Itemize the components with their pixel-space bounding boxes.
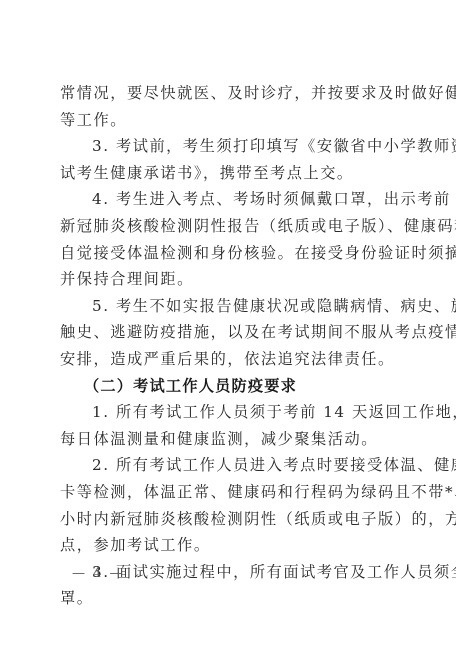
paragraph-continuation: 常情况，要尽快就医、及时诊疗，并按要求及时做好健康码转码 等工作。	[60, 80, 398, 133]
text-line: 触史、逃避防疫措施，以及在考试期间不服从考点疫情防控工作	[60, 319, 398, 346]
paragraph-item-5: 5. 考生不如实报告健康状况或隐瞒病情、病史、旅行史、接 触史、逃避防疫措施，以…	[60, 293, 398, 373]
text-line: 等工作。	[60, 107, 398, 134]
section-heading: （二）考试工作人员防疫要求	[60, 373, 398, 400]
text-line: 新冠肺炎核酸检测阴性报告（纸质或电子版）、健康码和行程码，	[60, 213, 398, 240]
paragraph-staff-item-1: 1. 所有考试工作人员须于考前 14 天返回工作地，坚持做好 每日体温测量和健康…	[60, 399, 398, 452]
text-line: 点，参加考试工作。	[60, 532, 398, 559]
paragraph-staff-item-2: 2. 所有考试工作人员进入考点时要接受体温、健康码、行程 卡等检测，体温正常、健…	[60, 452, 398, 558]
text-line: 并保持合理间距。	[60, 266, 398, 293]
text-line: 4. 考生进入考点、考场时须佩戴口罩，出示考前 48 小时内	[60, 186, 398, 213]
section-heading-text: （二）考试工作人员防疫要求	[60, 373, 398, 400]
text-line: 常情况，要尽快就医、及时诊疗，并按要求及时做好健康码转码	[60, 80, 398, 107]
text-line: 1. 所有考试工作人员须于考前 14 天返回工作地，坚持做好	[60, 399, 398, 426]
text-line: 试考生健康承诺书》，携带至考点上交。	[60, 160, 398, 187]
page-number: — 4 —	[72, 566, 125, 581]
text-line: 2. 所有考试工作人员进入考点时要接受体温、健康码、行程	[60, 452, 398, 479]
document-page: 常情况，要尽快就医、及时诊疗，并按要求及时做好健康码转码 等工作。 3. 考试前…	[0, 0, 456, 645]
text-line: 卡等检测，体温正常、健康码和行程码为绿码且不带*、考前 48	[60, 479, 398, 506]
document-body: 常情况，要尽快就医、及时诊疗，并按要求及时做好健康码转码 等工作。 3. 考试前…	[60, 80, 398, 612]
text-line: 每日体温测量和健康监测，减少聚集活动。	[60, 426, 398, 453]
paragraph-item-4: 4. 考生进入考点、考场时须佩戴口罩，出示考前 48 小时内 新冠肺炎核酸检测阴…	[60, 186, 398, 292]
text-line: 3. 考试前，考生须打印填写《安徽省中小学教师资格考试面	[60, 133, 398, 160]
text-line: 自觉接受体温检测和身份核验。在接受身份验证时须摘除口罩，	[60, 240, 398, 267]
paragraph-item-3: 3. 考试前，考生须打印填写《安徽省中小学教师资格考试面 试考生健康承诺书》，携…	[60, 133, 398, 186]
text-line: 罩。	[60, 585, 398, 612]
text-line: 5. 考生不如实报告健康状况或隐瞒病情、病史、旅行史、接	[60, 293, 398, 320]
text-line: 安排，造成严重后果的，依法追究法律责任。	[60, 346, 398, 373]
text-line: 小时内新冠肺炎核酸检测阴性（纸质或电子版）的，方可进入考	[60, 506, 398, 533]
